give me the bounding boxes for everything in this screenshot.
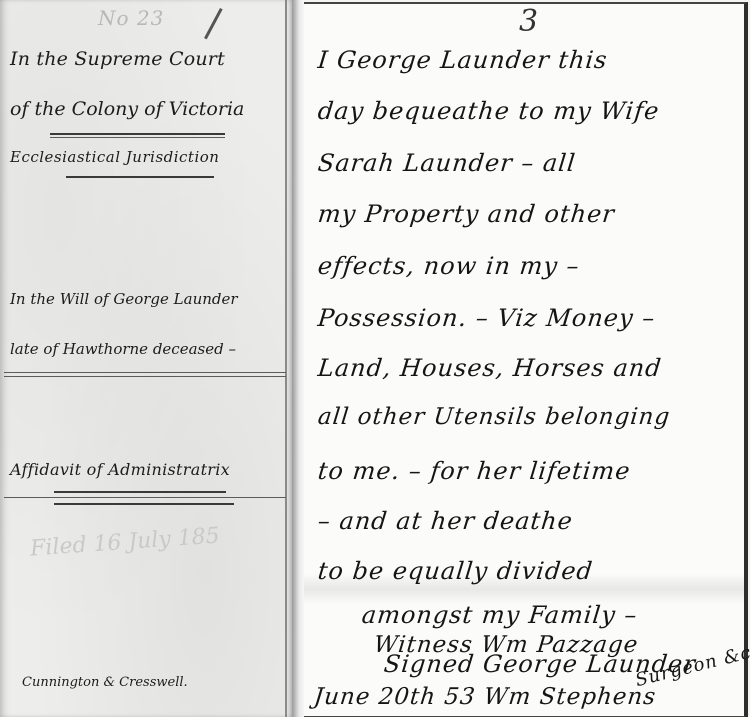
- will-line: day bequeathe to my Wife: [317, 97, 661, 125]
- underline-colony: [50, 133, 225, 135]
- will-line: Possession. – Viz Money –: [317, 304, 657, 332]
- underline-jurisdiction: [66, 176, 214, 178]
- cover-sheet: No 23 In the Supreme Court of the Colony…: [0, 0, 294, 717]
- will-line: all other Utensils belonging: [317, 404, 672, 430]
- page-fold: [292, 0, 304, 717]
- date-witness-line: June 20th 53 Wm Stephens: [313, 684, 658, 710]
- will-line: Land, Houses, Horses and: [317, 354, 664, 382]
- will-line: Sarah Launder – all: [317, 149, 578, 177]
- underline-colony-2: [50, 137, 225, 138]
- scanned-document: No 23 In the Supreme Court of the Colony…: [0, 0, 750, 717]
- court-line-1: In the Supreme Court: [10, 48, 225, 70]
- solicitors-name: Cunnington & Cresswell.: [22, 675, 188, 690]
- faded-filing-note: Filed 16 July 185: [29, 523, 220, 561]
- will-sheet: 3 I George Launder this day bequeathe to…: [304, 2, 748, 717]
- witness-line: Witness Wm Pazzage: [373, 632, 640, 658]
- court-line-2: of the Colony of Victoria: [10, 98, 244, 120]
- underline-affidavit: [54, 491, 226, 493]
- will-line: my Property and other: [317, 200, 617, 228]
- cover-edge: [285, 0, 287, 717]
- pencil-mark: [204, 8, 223, 39]
- matter-line-1: In the Will of George Launder: [10, 290, 238, 308]
- affidavit-title: Affidavit of Administratrix: [10, 460, 230, 479]
- underline-affidavit-2: [54, 503, 234, 505]
- divider-1a: [4, 372, 286, 373]
- will-line: – and at her deathe: [317, 507, 575, 535]
- matter-line-2: late of Hawthorne deceased –: [10, 340, 236, 358]
- will-line: to me. – for her lifetime: [317, 457, 632, 485]
- court-line-3: Ecclesiastical Jurisdiction: [10, 148, 219, 166]
- will-line: amongst my Family –: [361, 601, 639, 629]
- will-line: I George Launder this: [317, 46, 609, 74]
- will-line: to be equally divided: [317, 557, 595, 585]
- file-number: No 23: [98, 6, 164, 30]
- divider-2: [4, 497, 286, 498]
- divider-1b: [4, 376, 286, 377]
- will-line: effects, now in my –: [317, 252, 582, 280]
- page-mark: 3: [519, 4, 538, 39]
